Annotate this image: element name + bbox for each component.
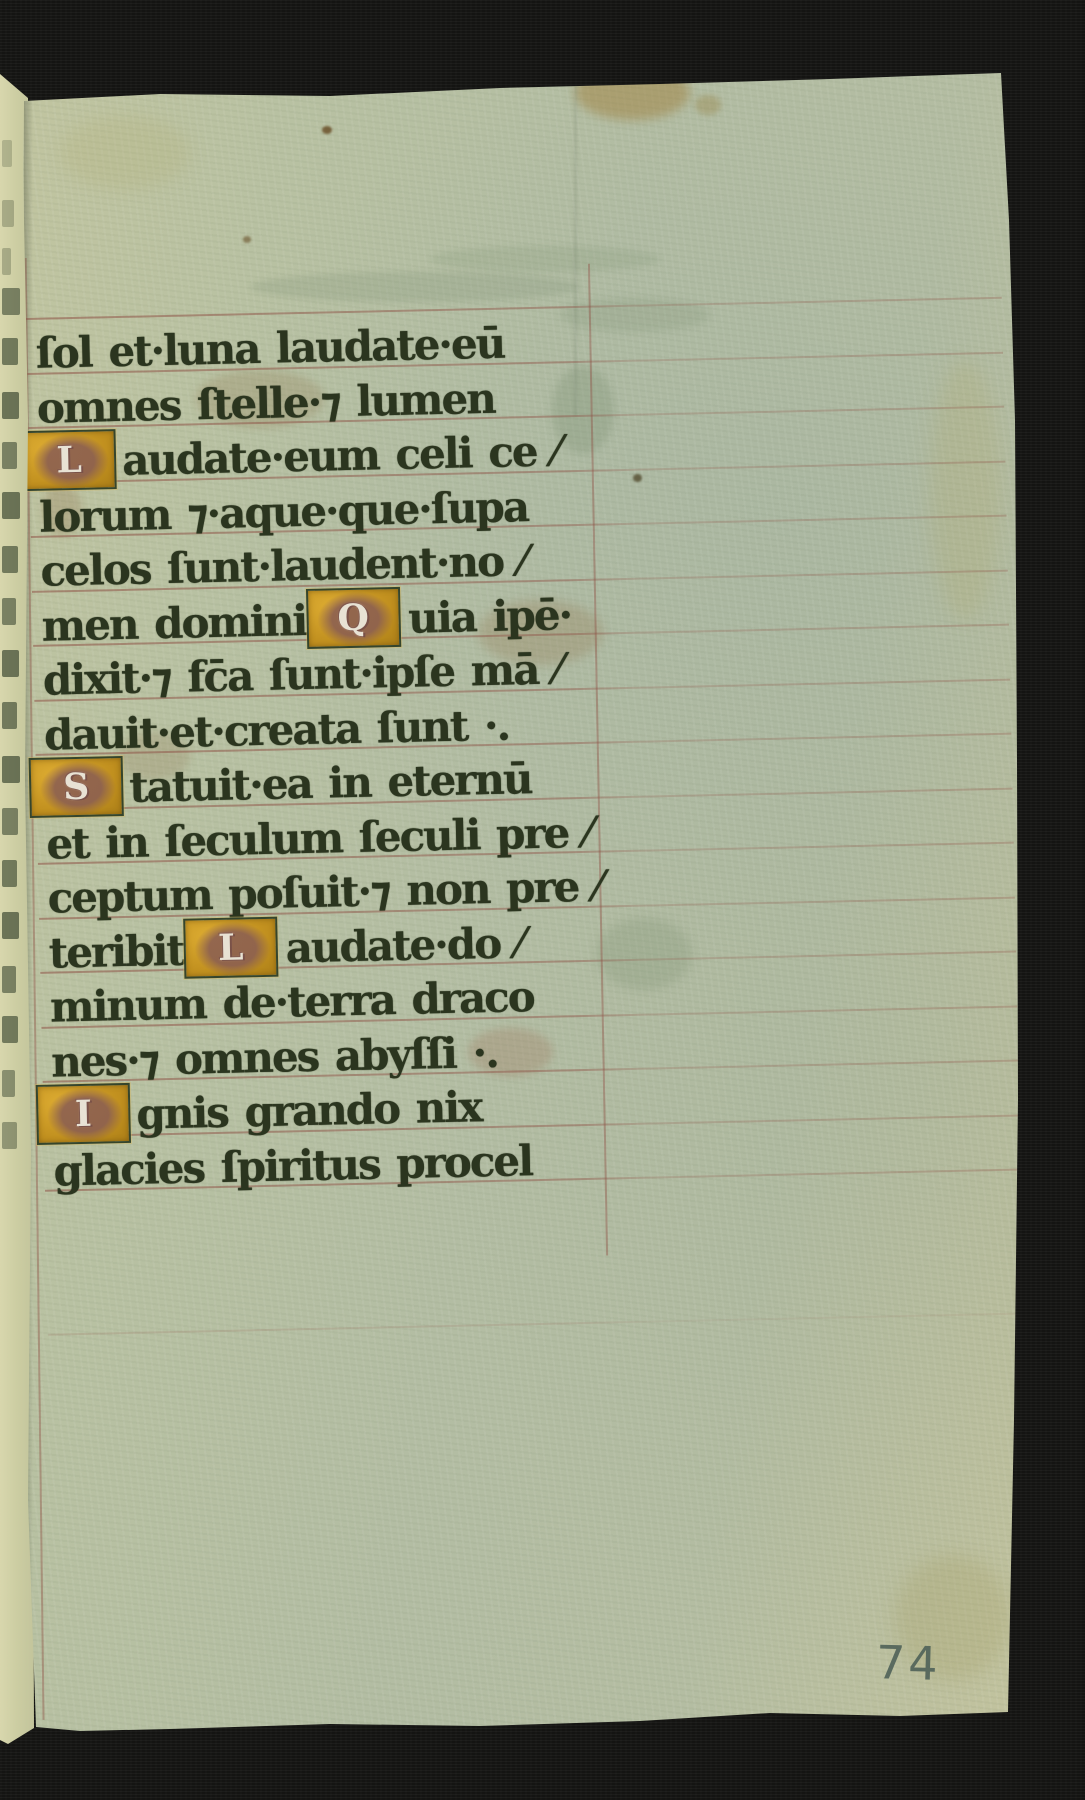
- manuscript-text: teribit: [48, 925, 184, 978]
- manuscript-text: audate·do ⁄: [285, 918, 522, 973]
- initial-letter: L: [218, 929, 244, 966]
- fore-edge-text-mark: [2, 288, 20, 315]
- fore-edge-text-mark: [2, 650, 19, 677]
- manuscript-text: uia ipē·: [408, 590, 572, 644]
- manuscript-text: glacies ſpiritus procel: [53, 1136, 532, 1196]
- illuminated-initial: L: [183, 916, 278, 978]
- manuscript-page: ſol et·luna laudate·eūomnes ſtelle·⁊ lum…: [0, 0, 1085, 1800]
- fore-edge-text-mark: [2, 200, 14, 227]
- manuscript-line: Ignis grando nix: [52, 1077, 482, 1141]
- fore-edge-text-mark: [2, 392, 19, 419]
- illuminated-initial: S: [29, 756, 124, 818]
- fore-edge-text-mark: [2, 702, 17, 729]
- photograph-scene: ſol et·luna laudate·eūomnes ſtelle·⁊ lum…: [0, 0, 1085, 1800]
- fore-edge-text-mark: [2, 808, 18, 835]
- initial-letter: S: [63, 769, 90, 806]
- illuminated-initial: I: [36, 1083, 131, 1145]
- manuscript-text: gnis grando nix: [136, 1082, 482, 1140]
- manuscript-text: men domini: [41, 595, 307, 651]
- fore-edge-text-mark: [2, 598, 16, 625]
- folio-number: 74: [875, 1635, 941, 1691]
- text-block: ſol et·luna laudate·eūomnes ſtelle·⁊ lum…: [0, 0, 1046, 1500]
- manuscript-line: glacies ſpiritus procel: [53, 1131, 533, 1196]
- fore-edge-text-mark: [2, 140, 12, 167]
- fore-edge-text-mark: [2, 756, 20, 783]
- initial-letter: I: [75, 1096, 93, 1132]
- illuminated-initial: L: [21, 429, 116, 491]
- fore-edge-text-mark: [2, 1122, 17, 1149]
- fore-edge-text-mark: [2, 248, 11, 275]
- fore-edge-text-mark: [2, 546, 18, 573]
- initial-letter: L: [56, 442, 82, 479]
- fore-edge-text-mark: [2, 492, 20, 519]
- illuminated-initial: Q: [306, 586, 401, 648]
- fore-edge-text-mark: [2, 912, 19, 939]
- fore-edge-text-mark: [2, 338, 18, 365]
- fore-edge-text-mark: [2, 860, 17, 887]
- fore-edge-text-mark: [2, 442, 17, 469]
- initial-letter: Q: [337, 599, 369, 636]
- fore-edge-text-mark: [2, 1016, 18, 1043]
- fore-edge-text-mark: [2, 1070, 15, 1097]
- fore-edge-text-mark: [2, 966, 16, 993]
